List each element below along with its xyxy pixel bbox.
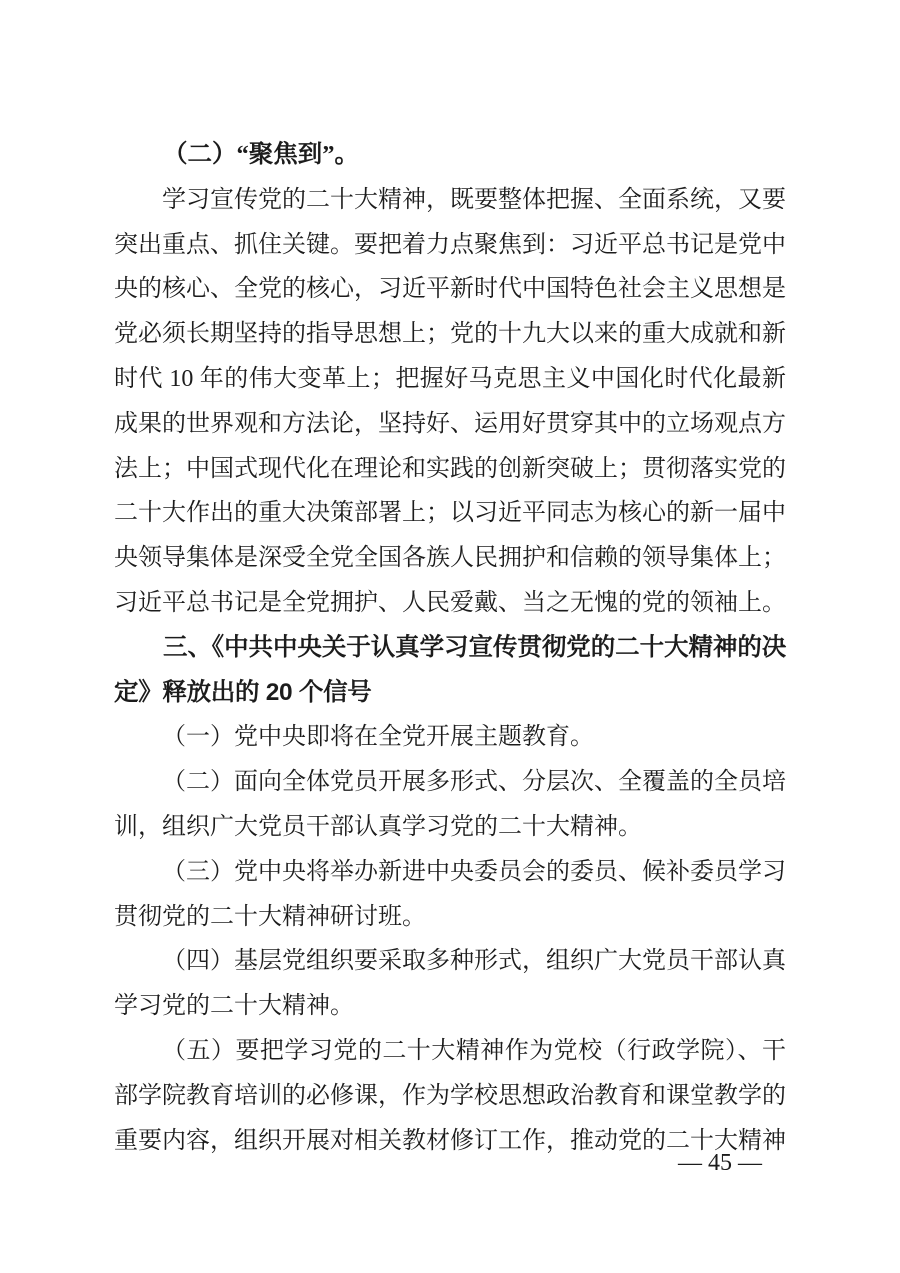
text-block: （二）“聚焦到”。 学习宣传党的二十大精神，既要整体把握、全面系统，又要突出重点… — [114, 133, 786, 1163]
list-item-paragraph-1: （一）党中央即将在全党开展主题教育。 — [114, 715, 786, 760]
list-item-paragraph-2: （二）面向全体党员开展多形式、分层次、全覆盖的全员培训，组织广大党员干部认真学习… — [114, 760, 786, 850]
section-subheading: （二）“聚焦到”。 — [114, 133, 786, 178]
page-number: — 45 — — [678, 1148, 762, 1178]
document-page: （二）“聚焦到”。 学习宣传党的二十大精神，既要整体把握、全面系统，又要突出重点… — [0, 0, 900, 1273]
body-paragraph: 学习宣传党的二十大精神，既要整体把握、全面系统，又要突出重点、抓住关键。要把着力… — [114, 178, 786, 626]
list-item-paragraph-5: （五）要把学习党的二十大精神作为党校（行政学院）、干部学院教育培训的必修课，作为… — [114, 1029, 786, 1163]
list-item-paragraph-4: （四）基层党组织要采取多种形式，组织广大党员干部认真学习党的二十大精神。 — [114, 939, 786, 1029]
section-heading: 三、《中共中央关于认真学习宣传贯彻党的二十大精神的决定》释放出的 20 个信号 — [114, 626, 786, 716]
list-item-paragraph-3: （三）党中央将举办新进中央委员会的委员、候补委员学习贯彻党的二十大精神研讨班。 — [114, 850, 786, 940]
